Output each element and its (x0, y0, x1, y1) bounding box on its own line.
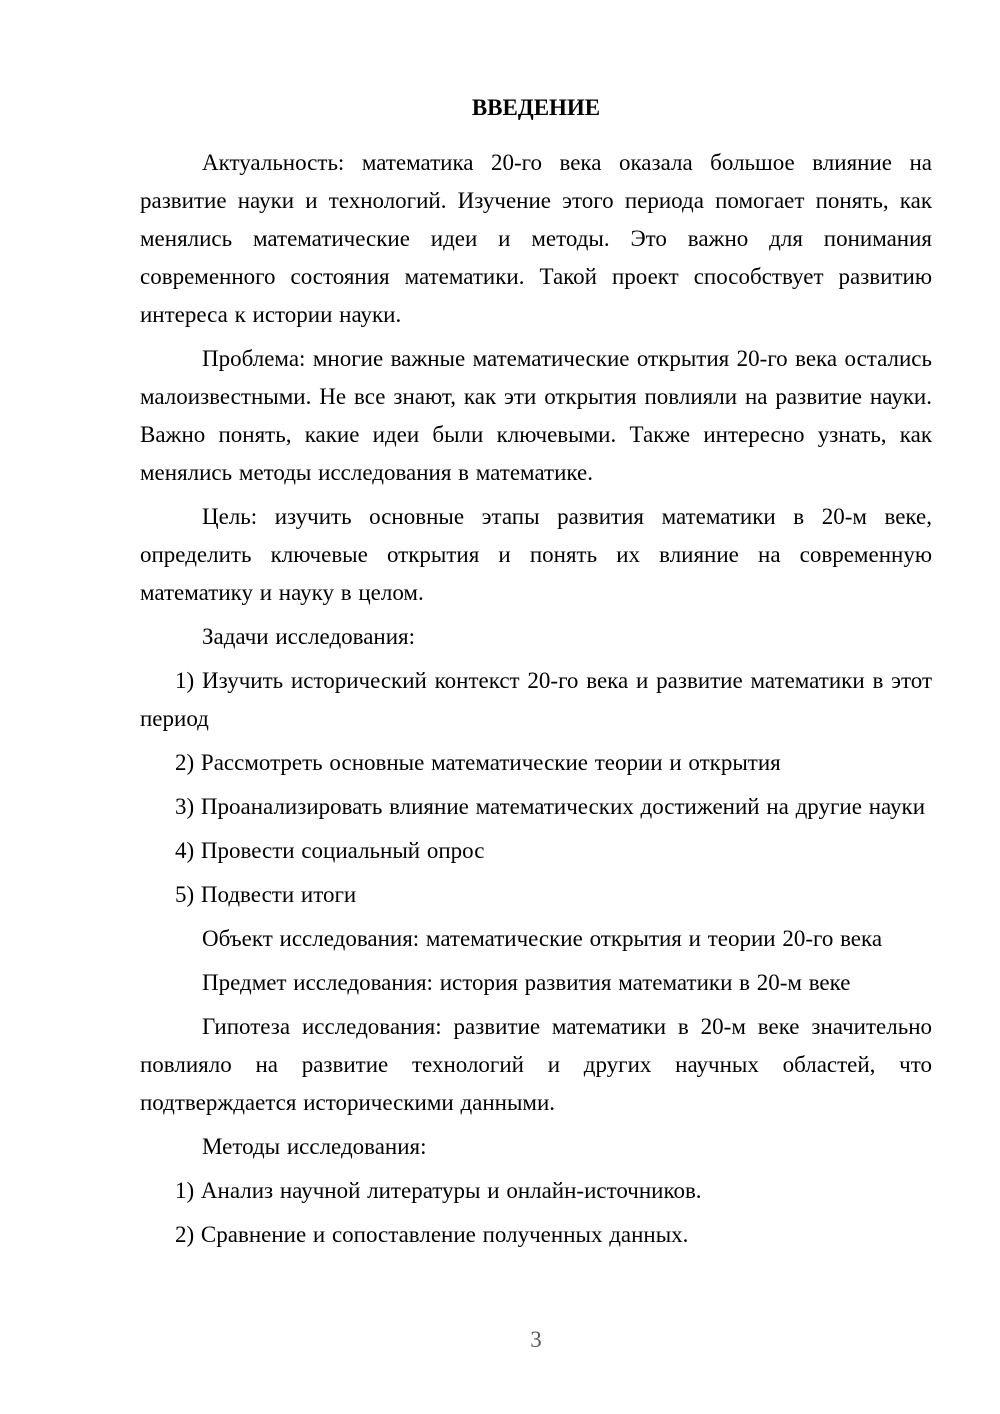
paragraph-zadachi-heading: Задачи исследования: (140, 618, 932, 656)
paragraph-obyekt: Объект исследования: математические откр… (140, 920, 932, 958)
list-item-method-1: 1) Анализ научной литературы и онлайн-ис… (140, 1172, 932, 1210)
paragraph-gipoteza: Гипотеза исследования: развитие математи… (140, 1008, 932, 1122)
list-item-task-1: 1) Изучить исторический контекст 20-го в… (140, 662, 932, 738)
document-page: ВВЕДЕНИЕ Актуальность: математика 20-го … (0, 0, 1000, 1414)
paragraph-tsel: Цель: изучить основные этапы развития ма… (140, 498, 932, 612)
page-title: ВВЕДЕНИЕ (140, 94, 932, 122)
page-number: 3 (140, 1326, 932, 1354)
paragraph-predmet: Предмет исследования: история развития м… (140, 964, 932, 1002)
list-item-task-4: 4) Провести социальный опрос (140, 832, 932, 870)
paragraph-metody-heading: Методы исследования: (140, 1128, 932, 1166)
paragraph-problema: Проблема: многие важные математические о… (140, 340, 932, 492)
list-item-task-3: 3) Проанализировать влияние математическ… (140, 788, 932, 826)
document-body: ВВЕДЕНИЕ Актуальность: математика 20-го … (140, 94, 932, 1260)
list-item-method-2: 2) Сравнение и сопоставление полученных … (140, 1216, 932, 1254)
list-item-task-2: 2) Рассмотреть основные математические т… (140, 744, 932, 782)
list-item-task-5: 5) Подвести итоги (140, 876, 932, 914)
paragraph-aktualnost: Актуальность: математика 20-го века оказ… (140, 144, 932, 334)
